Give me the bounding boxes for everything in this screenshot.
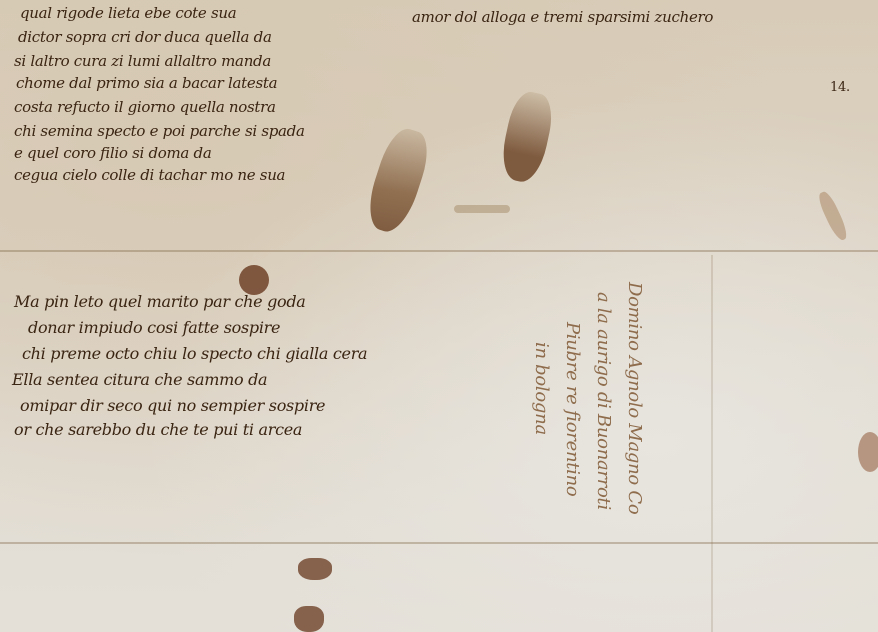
ink-smudge — [816, 189, 851, 242]
address-line: a la aurigo di Buonarroti — [588, 292, 619, 524]
verse-line: or che sarebbo du che te pui ti arcea — [14, 420, 302, 439]
verse-line: amor dol alloga e tremi sparsimi zuchero — [412, 8, 713, 26]
ink-blot — [294, 606, 324, 632]
verse-line: qual rigode lieta ebe cote sua — [20, 4, 236, 22]
address-line: in bologna — [526, 342, 557, 574]
verse-line: omipar dir seco qui no sempier sospire — [20, 396, 325, 415]
verse-line: chi semina specto e poi parche si spada — [14, 122, 305, 140]
address-line: Domino Agnolo Magno Co — [619, 282, 650, 514]
ink-blot — [239, 265, 269, 295]
verse-line: si laltro cura zi lumi allaltro manda — [14, 52, 271, 70]
vertical-fold-line — [711, 255, 713, 632]
ink-stain — [361, 124, 435, 237]
ink-smudge — [454, 205, 510, 213]
address-line: Piubre re fiorentino — [557, 322, 588, 554]
verse-line: cegua cielo colle di tachar mo ne sua — [14, 166, 285, 184]
address-block-vertical: Domino Agnolo Magno Co a la aurigo di Bu… — [526, 282, 650, 514]
verse-line: chi preme octo chiu lo specto chi gialla… — [22, 344, 367, 363]
verse-line: chome dal primo sia a bacar latesta — [16, 74, 277, 92]
ink-stain — [497, 89, 557, 186]
verse-line: e quel coro filio si doma da — [14, 144, 211, 162]
horizontal-fold-line — [0, 250, 878, 252]
verse-line: Ma pin leto quel marito par che goda — [14, 292, 306, 311]
folio-number: 14. — [830, 80, 850, 95]
verse-line: Ella sentea citura che sammo da — [12, 370, 267, 389]
ink-blot — [298, 558, 332, 580]
verse-line: costa refucto il giorno quella nostra — [14, 98, 276, 116]
verse-line: donar impiudo cosi fatte sospire — [28, 318, 280, 337]
manuscript-page: qual rigode lieta ebe cote sua dictor so… — [0, 0, 878, 632]
horizontal-fold-line-lower — [0, 542, 878, 544]
verse-line: dictor sopra cri dor duca quella da — [18, 28, 272, 46]
ink-blot — [858, 432, 878, 472]
